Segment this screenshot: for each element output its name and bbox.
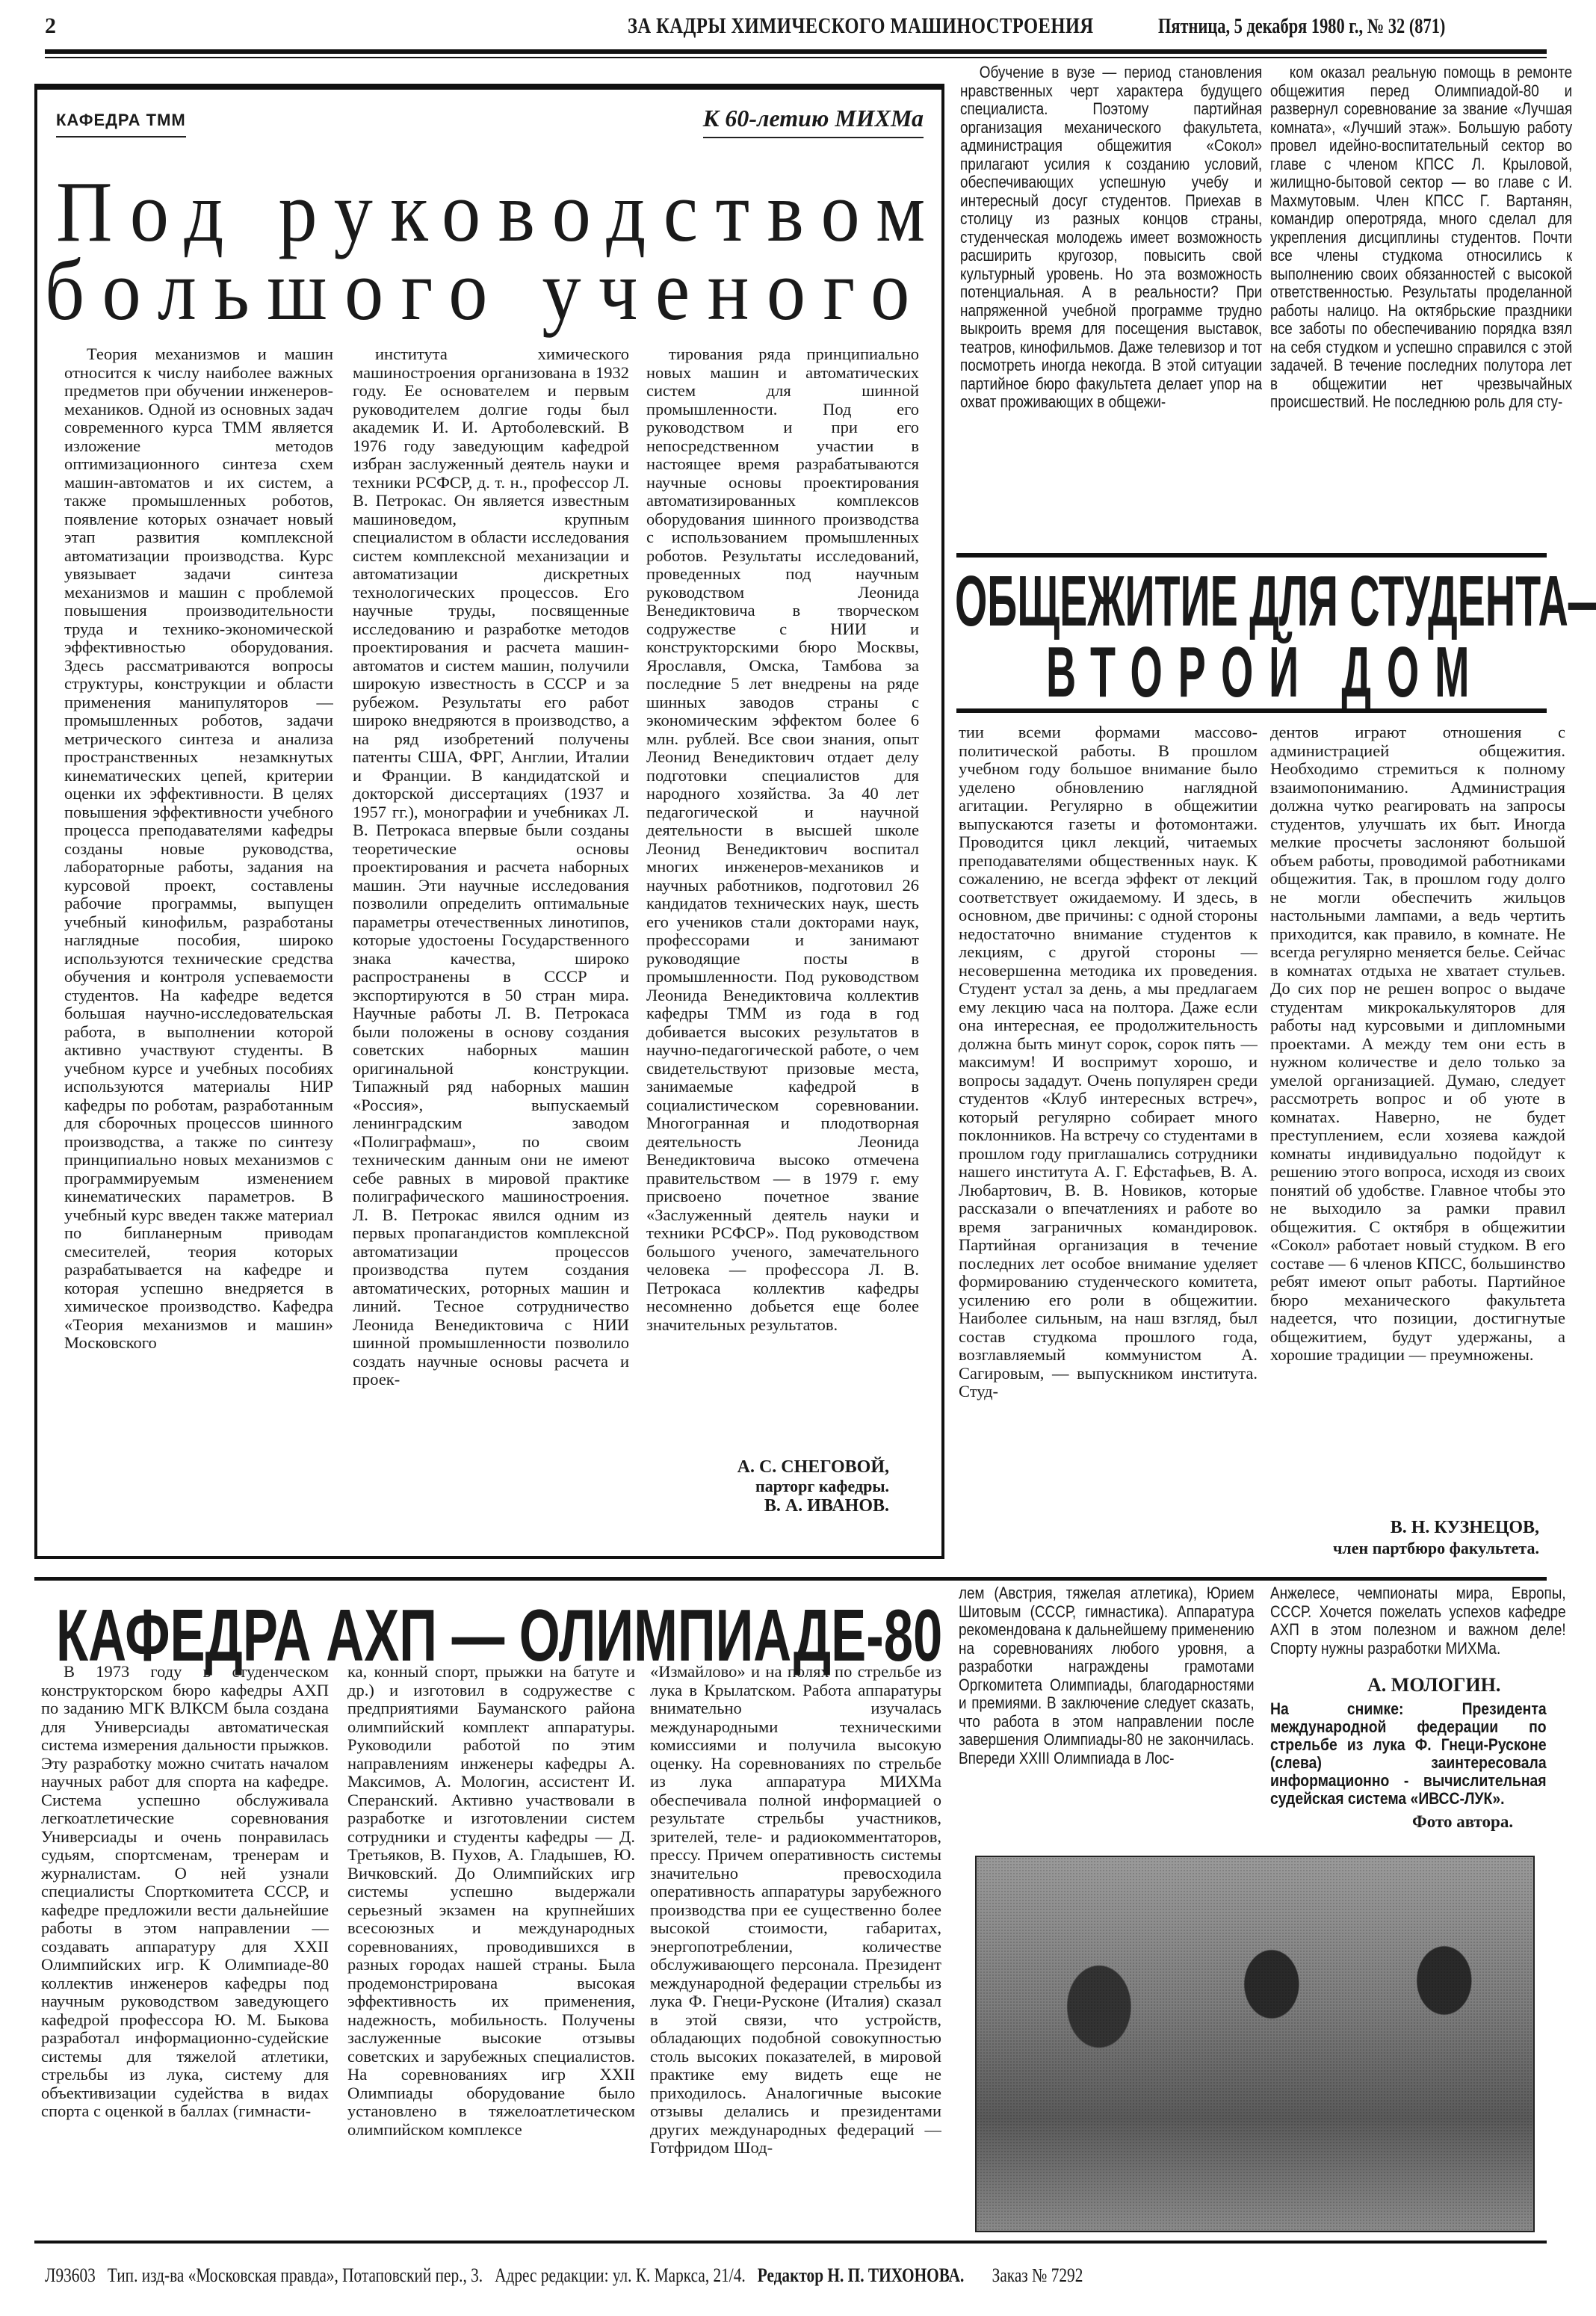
signature-kuznetsov: В. Н. КУЗНЕЦОВ, xyxy=(1270,1517,1539,1538)
article-olympics-column-3: «Измайлово» и на полях по стрельбе из лу… xyxy=(650,1663,941,2223)
signature-role-partburo: член партбюро факультета. xyxy=(1270,1538,1539,1559)
signature-role-partorg: парторг кафедры. xyxy=(646,1477,889,1496)
article-olympics-column-2: ка, конный спорт, прыжки на батуте и др.… xyxy=(347,1663,635,2223)
photo-archery-president xyxy=(975,1856,1535,2232)
anniversary-tag: К 60-летию МИХМа xyxy=(703,105,924,138)
article-olympics-column-1: В 1973 году в студенческом конструкторск… xyxy=(41,1663,329,2223)
olympics-rule-top xyxy=(34,1577,1547,1581)
footer-address: Адрес редакции: ул. К. Маркса, 21/4. xyxy=(495,2264,746,2286)
rubric-kafedra-tmm: КАФЕДРА ТММ xyxy=(56,111,186,138)
signature-snegovoi: А. С. СНЕГОВОЙ, xyxy=(646,1457,889,1477)
headline-dorm-line2: ВТОРОЙ ДОМ xyxy=(1046,635,1485,710)
article-dorm-intro-column-1: Обучение в вузе — период становления нра… xyxy=(960,64,1262,549)
footer-rule xyxy=(34,2241,1547,2244)
footer-editor: Редактор Н. П. ТИХОНОВА. xyxy=(758,2264,965,2286)
article-dorm-column-2: дентов играют отношения с администрацией… xyxy=(1270,723,1565,1407)
article-tmm-column-2: института химического машиностроения орг… xyxy=(353,345,629,1578)
masthead-rule-thin xyxy=(45,57,1547,58)
dorm-headline-rule-top xyxy=(956,553,1547,558)
footer-code: Л93603 xyxy=(45,2264,96,2286)
footer-printer: Тип. изд-ва «Московская правда», Потапов… xyxy=(108,2264,483,2286)
headline-olympics: КАФЕДРА АХП — ОЛИМПИАДЕ-80 xyxy=(56,1598,942,1673)
footer-order: Заказ № 7292 xyxy=(992,2264,1083,2286)
article-olympics-column-4: лем (Австрия, тяжелая атлетика), Юрием Ш… xyxy=(959,1584,1255,1861)
masthead-rule xyxy=(45,49,1547,54)
masthead: 2 ЗА КАДРЫ ХИМИЧЕСКОГО МАШИНОСТРОЕНИЯ Пя… xyxy=(45,7,1547,45)
article-dorm-column-1: тии всеми формами массово-политической р… xyxy=(959,723,1258,1545)
dorm-headline-rule-bottom xyxy=(956,708,1547,713)
article-tmm-column-1: Теория механизмов и машин относится к чи… xyxy=(64,345,333,1578)
newspaper-title: ЗА КАДРЫ ХИМИЧЕСКОГО МАШИНОСТРОЕНИЯ xyxy=(628,13,1094,39)
headline-dorm-line1: ОБЩЕЖИТИЕ ДЛЯ СТУДЕНТА— xyxy=(955,564,1596,639)
signature-mologin: А. МОЛОГИН. xyxy=(1367,1674,1500,1696)
photo-credit: Фото автора. xyxy=(1412,1812,1513,1832)
signature-ivanov: В. А. ИВАНОВ. xyxy=(646,1496,889,1516)
article-dorm-intro-column-2: ком оказал реальную помощь в ремонте общ… xyxy=(1270,64,1572,549)
footer-imprint: Л93603 Тип. изд-ва «Московская правда», … xyxy=(45,2264,1276,2287)
signature-dorm: В. Н. КУЗНЕЦОВ, член партбюро факультета… xyxy=(1270,1517,1539,1559)
signature-tmm: А. С. СНЕГОВОЙ, парторг кафедры. В. А. И… xyxy=(646,1457,889,1516)
article-tmm-column-3: тирования ряда принципиально новых машин… xyxy=(646,345,919,1444)
page-number: 2 xyxy=(45,13,56,39)
photo-caption: На снимке: Президента международной феде… xyxy=(1270,1700,1547,1808)
headline-tmm-line2: большого ученого xyxy=(45,247,927,335)
issue-date: Пятница, 5 декабря 1980 г., № 32 (871) xyxy=(1158,15,1445,39)
